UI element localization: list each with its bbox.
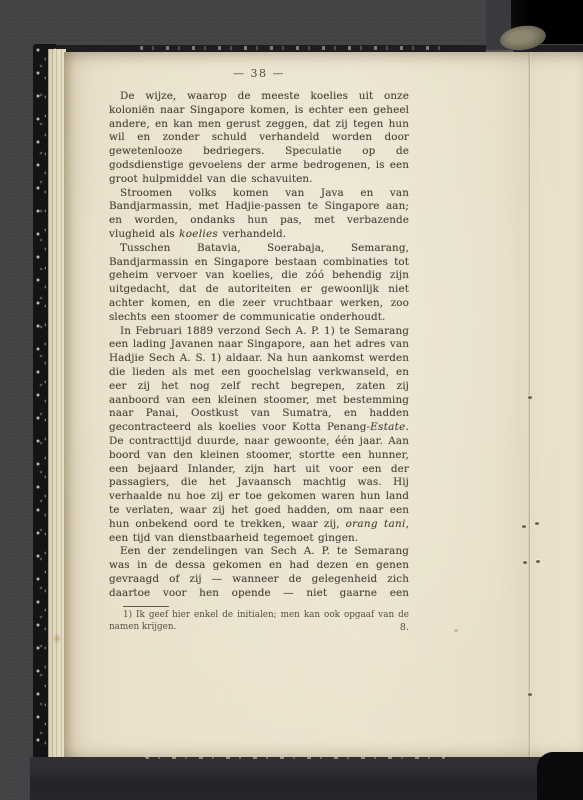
printed-content: — 38 — De wijze, waarop de meeste koelie… bbox=[109, 67, 409, 633]
body-text: De wijze, waarop de meeste koelies uit o… bbox=[109, 90, 409, 600]
paragraph: Een der zendelingen van Sech A. P. te Se… bbox=[109, 545, 409, 600]
stitch-hole bbox=[536, 560, 540, 563]
scan-background: — 38 — De wijze, waarop de meeste koelie… bbox=[0, 0, 583, 800]
stitch-hole bbox=[528, 693, 532, 696]
paper-stain bbox=[53, 633, 61, 644]
background-void-bottom-right bbox=[537, 752, 583, 800]
stitch-hole bbox=[523, 561, 527, 564]
page-number: — 38 — bbox=[109, 67, 409, 80]
footnote-rule bbox=[123, 606, 169, 607]
signature-mark: 8. bbox=[400, 622, 409, 633]
bottom-cover-edge bbox=[30, 757, 583, 800]
top-edge-wear-marks bbox=[140, 46, 450, 50]
bottom-edge-wear-marks bbox=[145, 754, 445, 759]
paper-speck bbox=[454, 629, 458, 632]
stitch-hole bbox=[535, 522, 539, 525]
paragraph: De wijze, waarop de meeste koelies uit o… bbox=[109, 90, 409, 187]
stitch-hole bbox=[528, 396, 532, 399]
paragraph: In Februari 1889 verzond Sech A. P. 1) t… bbox=[109, 325, 409, 546]
paragraph: Tusschen Batavia, Soerabaja, Semarang, B… bbox=[109, 242, 409, 325]
stitch-hole bbox=[522, 525, 526, 528]
paragraph: Stroomen volks komen van Java en van Ban… bbox=[109, 187, 409, 242]
page-gutter-crease bbox=[528, 52, 532, 758]
